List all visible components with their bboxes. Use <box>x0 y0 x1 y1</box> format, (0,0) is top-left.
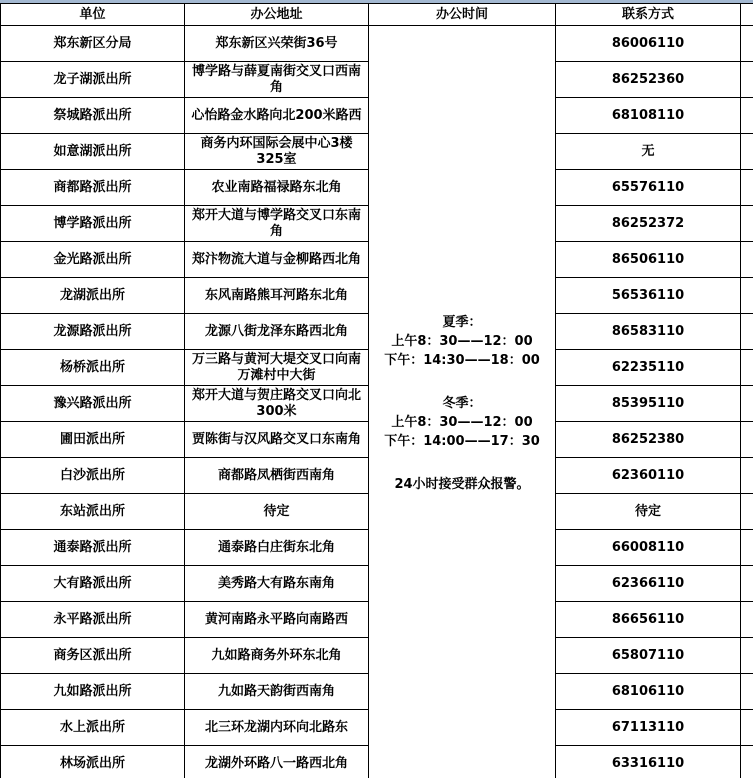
unit-cell: 东站派出所 <box>1 494 185 530</box>
header-row: 单位 办公地址 办公时间 联系方式 <box>1 4 753 26</box>
phone-cell: 62235110 <box>556 350 741 386</box>
address-cell: 心怡路金水路向北200米路西 <box>185 98 369 134</box>
address-cell: 通泰路白庄街东北角 <box>185 530 369 566</box>
phone-cell: 86252372 <box>556 206 741 242</box>
phone-cell: 65807110 <box>556 638 741 674</box>
unit-cell: 金光路派出所 <box>1 242 185 278</box>
address-cell: 万三路与黄河大堤交叉口向南万滩村中大街 <box>185 350 369 386</box>
address-cell: 商都路凤栖街西南角 <box>185 458 369 494</box>
address-cell: 龙源八街龙泽东路西北角 <box>185 314 369 350</box>
address-cell: 北三环龙湖内环向北路东 <box>185 710 369 746</box>
phone-cell: 86252360 <box>556 62 741 98</box>
edge-cell-cutoff <box>741 638 753 674</box>
edge-cell-cutoff <box>741 278 753 314</box>
edge-cell-cutoff <box>741 710 753 746</box>
address-cell: 商务内环国际会展中心3楼325室 <box>185 134 369 170</box>
edge-cell-cutoff <box>741 134 753 170</box>
phone-cell: 86656110 <box>556 602 741 638</box>
address-cell: 九如路天韵街西南角 <box>185 674 369 710</box>
unit-cell: 商都路派出所 <box>1 170 185 206</box>
summer-schedule: 夏季：上午8：30——12：00下午：14:30——18：00 <box>372 313 552 370</box>
phone-cell: 68108110 <box>556 98 741 134</box>
edge-cell-cutoff <box>741 350 753 386</box>
edge-cell-cutoff <box>741 386 753 422</box>
address-cell: 龙湖外环路八一路西北角 <box>185 746 369 778</box>
header-unit: 单位 <box>1 4 185 26</box>
header-office-hours: 办公时间 <box>369 4 556 26</box>
phone-cell: 67113110 <box>556 710 741 746</box>
unit-cell: 九如路派出所 <box>1 674 185 710</box>
address-cell: 美秀路大有路东南角 <box>185 566 369 602</box>
address-cell: 九如路商务外环东北角 <box>185 638 369 674</box>
edge-cell-cutoff <box>741 746 753 778</box>
edge-cell-cutoff <box>741 458 753 494</box>
edge-cell-cutoff <box>741 26 753 62</box>
phone-cell: 86583110 <box>556 314 741 350</box>
edge-cell-cutoff <box>741 98 753 134</box>
unit-cell: 豫兴路派出所 <box>1 386 185 422</box>
phone-cell: 86252380 <box>556 422 741 458</box>
phone-cell: 待定 <box>556 494 741 530</box>
unit-cell: 林场派出所 <box>1 746 185 778</box>
unit-cell: 博学路派出所 <box>1 206 185 242</box>
unit-cell: 郑东新区分局 <box>1 26 185 62</box>
edge-cell-cutoff <box>741 242 753 278</box>
phone-cell: 86006110 <box>556 26 741 62</box>
phone-cell: 65576110 <box>556 170 741 206</box>
edge-cell-cutoff <box>741 62 753 98</box>
header-contact: 联系方式 <box>556 4 741 26</box>
unit-cell: 通泰路派出所 <box>1 530 185 566</box>
phone-cell: 66008110 <box>556 530 741 566</box>
header-address: 办公地址 <box>185 4 369 26</box>
edge-cell-cutoff <box>741 530 753 566</box>
edge-cell-cutoff <box>741 206 753 242</box>
edge-cell-cutoff <box>741 566 753 602</box>
unit-cell: 龙子湖派出所 <box>1 62 185 98</box>
phone-cell: 无 <box>556 134 741 170</box>
police-station-table: 单位 办公地址 办公时间 联系方式 郑东新区分局郑东新区兴荣街36号夏季：上午8… <box>0 3 753 778</box>
unit-cell: 永平路派出所 <box>1 602 185 638</box>
address-cell: 待定 <box>185 494 369 530</box>
address-cell: 东风南路熊耳河路东北角 <box>185 278 369 314</box>
alarm-note: 24小时接受群众报警。 <box>372 475 552 494</box>
address-cell: 郑东新区兴荣街36号 <box>185 26 369 62</box>
address-cell: 郑开大道与贺庄路交叉口向北300米 <box>185 386 369 422</box>
phone-cell: 86506110 <box>556 242 741 278</box>
table-row: 郑东新区分局郑东新区兴荣街36号夏季：上午8：30——12：00下午：14:30… <box>1 26 753 62</box>
address-cell: 郑汴物流大道与金柳路西北角 <box>185 242 369 278</box>
address-cell: 贾陈街与汉风路交叉口东南角 <box>185 422 369 458</box>
phone-cell: 68106110 <box>556 674 741 710</box>
unit-cell: 大有路派出所 <box>1 566 185 602</box>
address-cell: 郑开大道与博学路交叉口东南角 <box>185 206 369 242</box>
winter-schedule: 冬季：上午8：30——12：00下午：14:00——17：30 <box>372 394 552 451</box>
edge-cell-cutoff <box>741 422 753 458</box>
unit-cell: 龙源路派出所 <box>1 314 185 350</box>
office-hours-cell: 夏季：上午8：30——12：00下午：14:30——18：00冬季：上午8：30… <box>369 26 556 778</box>
unit-cell: 商务区派出所 <box>1 638 185 674</box>
unit-cell: 杨桥派出所 <box>1 350 185 386</box>
edge-cell-cutoff <box>741 494 753 530</box>
unit-cell: 祭城路派出所 <box>1 98 185 134</box>
phone-cell: 62360110 <box>556 458 741 494</box>
phone-cell: 56536110 <box>556 278 741 314</box>
edge-cell-cutoff <box>741 170 753 206</box>
address-cell: 黄河南路永平路向南路西 <box>185 602 369 638</box>
phone-cell: 85395110 <box>556 386 741 422</box>
unit-cell: 圃田派出所 <box>1 422 185 458</box>
phone-cell: 63316110 <box>556 746 741 778</box>
header-edge-cutoff <box>741 4 753 26</box>
unit-cell: 如意湖派出所 <box>1 134 185 170</box>
unit-cell: 龙湖派出所 <box>1 278 185 314</box>
edge-cell-cutoff <box>741 602 753 638</box>
edge-cell-cutoff <box>741 314 753 350</box>
unit-cell: 水上派出所 <box>1 710 185 746</box>
address-cell: 农业南路福禄路东北角 <box>185 170 369 206</box>
address-cell: 博学路与薛夏南街交叉口西南角 <box>185 62 369 98</box>
edge-cell-cutoff <box>741 674 753 710</box>
phone-cell: 62366110 <box>556 566 741 602</box>
unit-cell: 白沙派出所 <box>1 458 185 494</box>
